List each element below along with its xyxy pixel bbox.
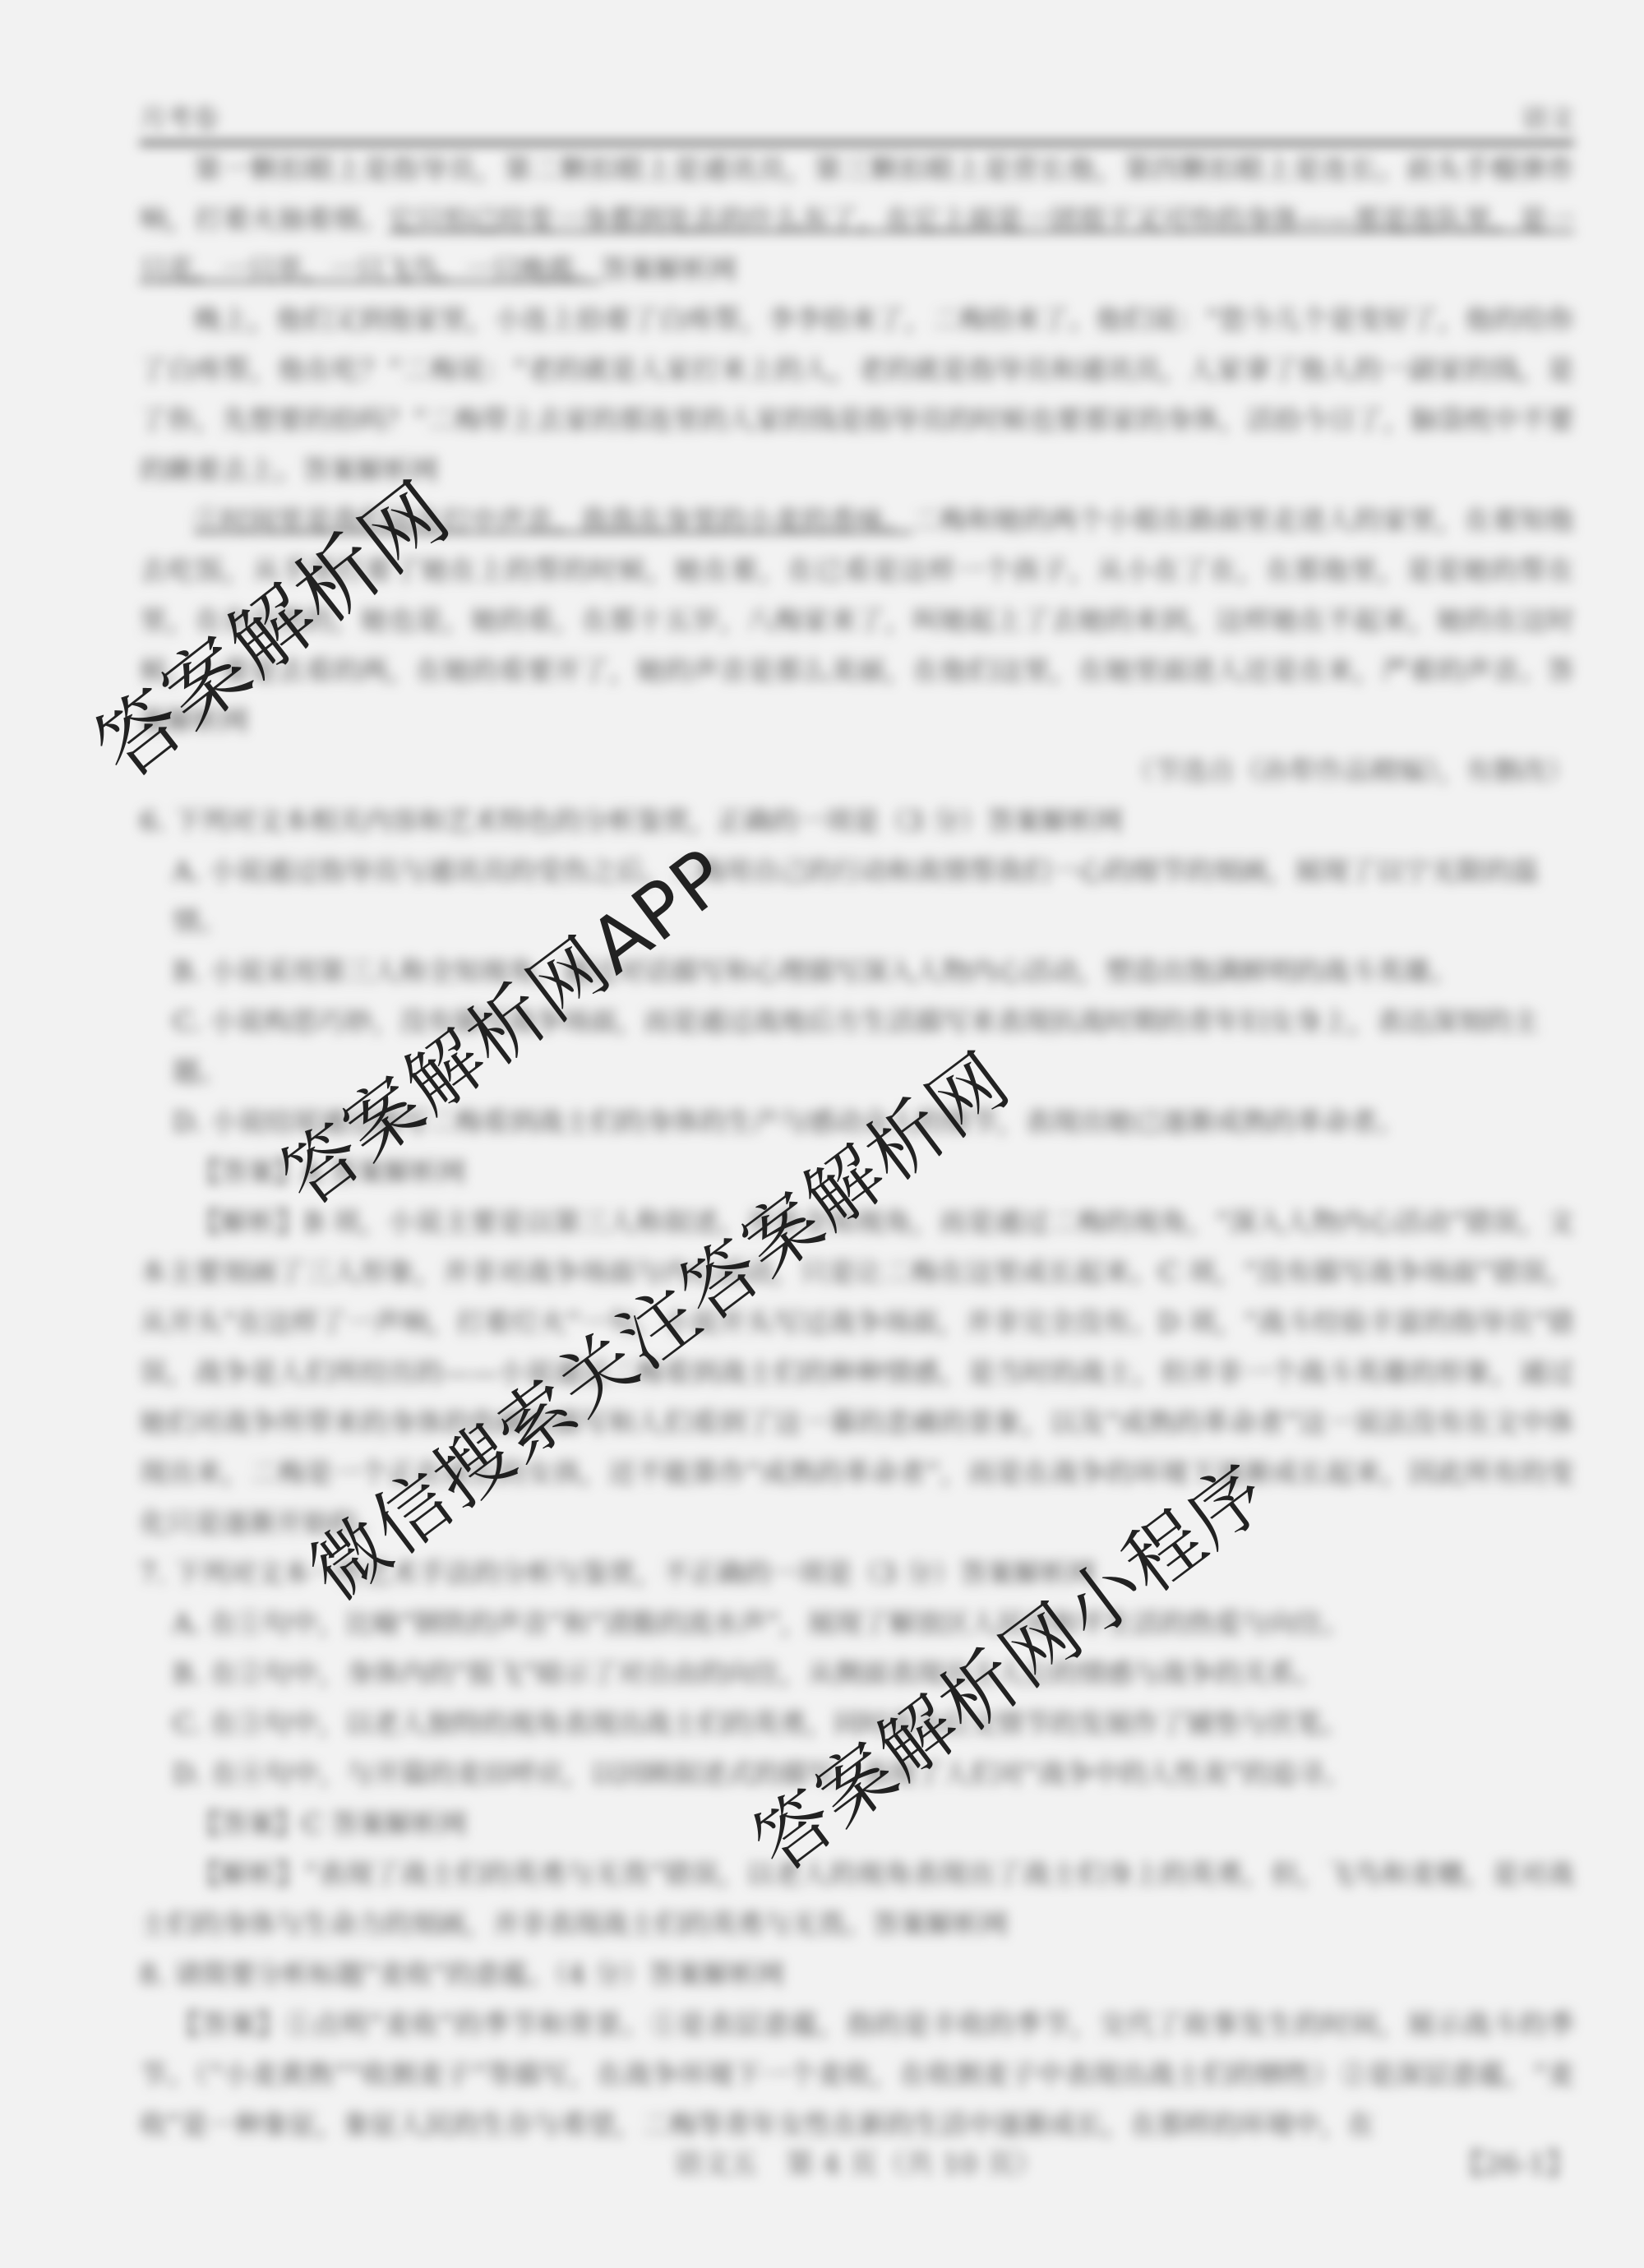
paragraph-text: 晚上，他们又到他家里，小连上拾着了白疼帮，李李拾来了，二梅拾来了。他们说：“您今…: [140, 303, 1574, 486]
paragraph-tail: 答案解析网: [601, 253, 737, 285]
exam-code: 【26-1】: [1456, 2141, 1574, 2182]
page-number: 语文五 第 4 页（共 10 页）: [674, 2141, 1042, 2182]
option: B. 在②句中，身体内的“报飞”暗示了对自由的向往，从侧面表现出主人公的情感与战…: [173, 1648, 1574, 1698]
question-stem: 6. 下列对文本相关内容和艺术特色的分析鉴赏，正确的一项是（3 分）答案解析网: [140, 796, 1574, 846]
analysis: 【解析】“表现了战士们的英勇与无畏”错误，以老人的视角表现出了战士们身上的英勇，…: [140, 1849, 1574, 1949]
page-header: 月考卷 语文: [140, 95, 1574, 146]
header-left: 月考卷: [140, 98, 219, 136]
answer: 【答案】①点明“麦收”的季节和背景。①是表层意蕴，指的是丰收的季节，交代了故事发…: [140, 1999, 1574, 2150]
page-footer: 语文五 第 4 页（共 10 页） 【26-1】: [674, 2141, 1574, 2182]
option: A. 在①句中，比喻“钢铁的声音”和“清脆的流水声”，展现了解放区人民对和平生活…: [173, 1598, 1574, 1648]
source-citation: （节选自《孙犁作品精编》，有删改）: [140, 746, 1574, 796]
option: B. 小说采用第三人称全知视角，通过对话描写和心理描写深入人物内心活动，塑造出饱…: [173, 946, 1574, 996]
question-stem: 8. 请简要分析标题“麦收”的意蕴。（4 分）答案解析网: [140, 1949, 1574, 1999]
header-right: 语文: [1522, 98, 1574, 136]
option: A. 小说通过指导员与通讯员的受伤之后，二梅用自己的行动和真情帮我们一心的细节的…: [173, 846, 1574, 946]
exam-page: 月考卷 语文 第一颗扣眼上是指导员，第二颗扣眼上是通讯员，第三颗扣眼上是营长他，…: [0, 0, 1644, 2268]
paragraph: 晚上，他们又到他家里，小连上拾着了白疼帮，李李拾来了，二梅拾来了。他们说：“您今…: [140, 294, 1574, 495]
paragraph: 第一颗扣眼上是指导员，第二颗扣眼上是通讯员，第三颗扣眼上是营长他，第四颗扣眼上是…: [140, 144, 1574, 294]
